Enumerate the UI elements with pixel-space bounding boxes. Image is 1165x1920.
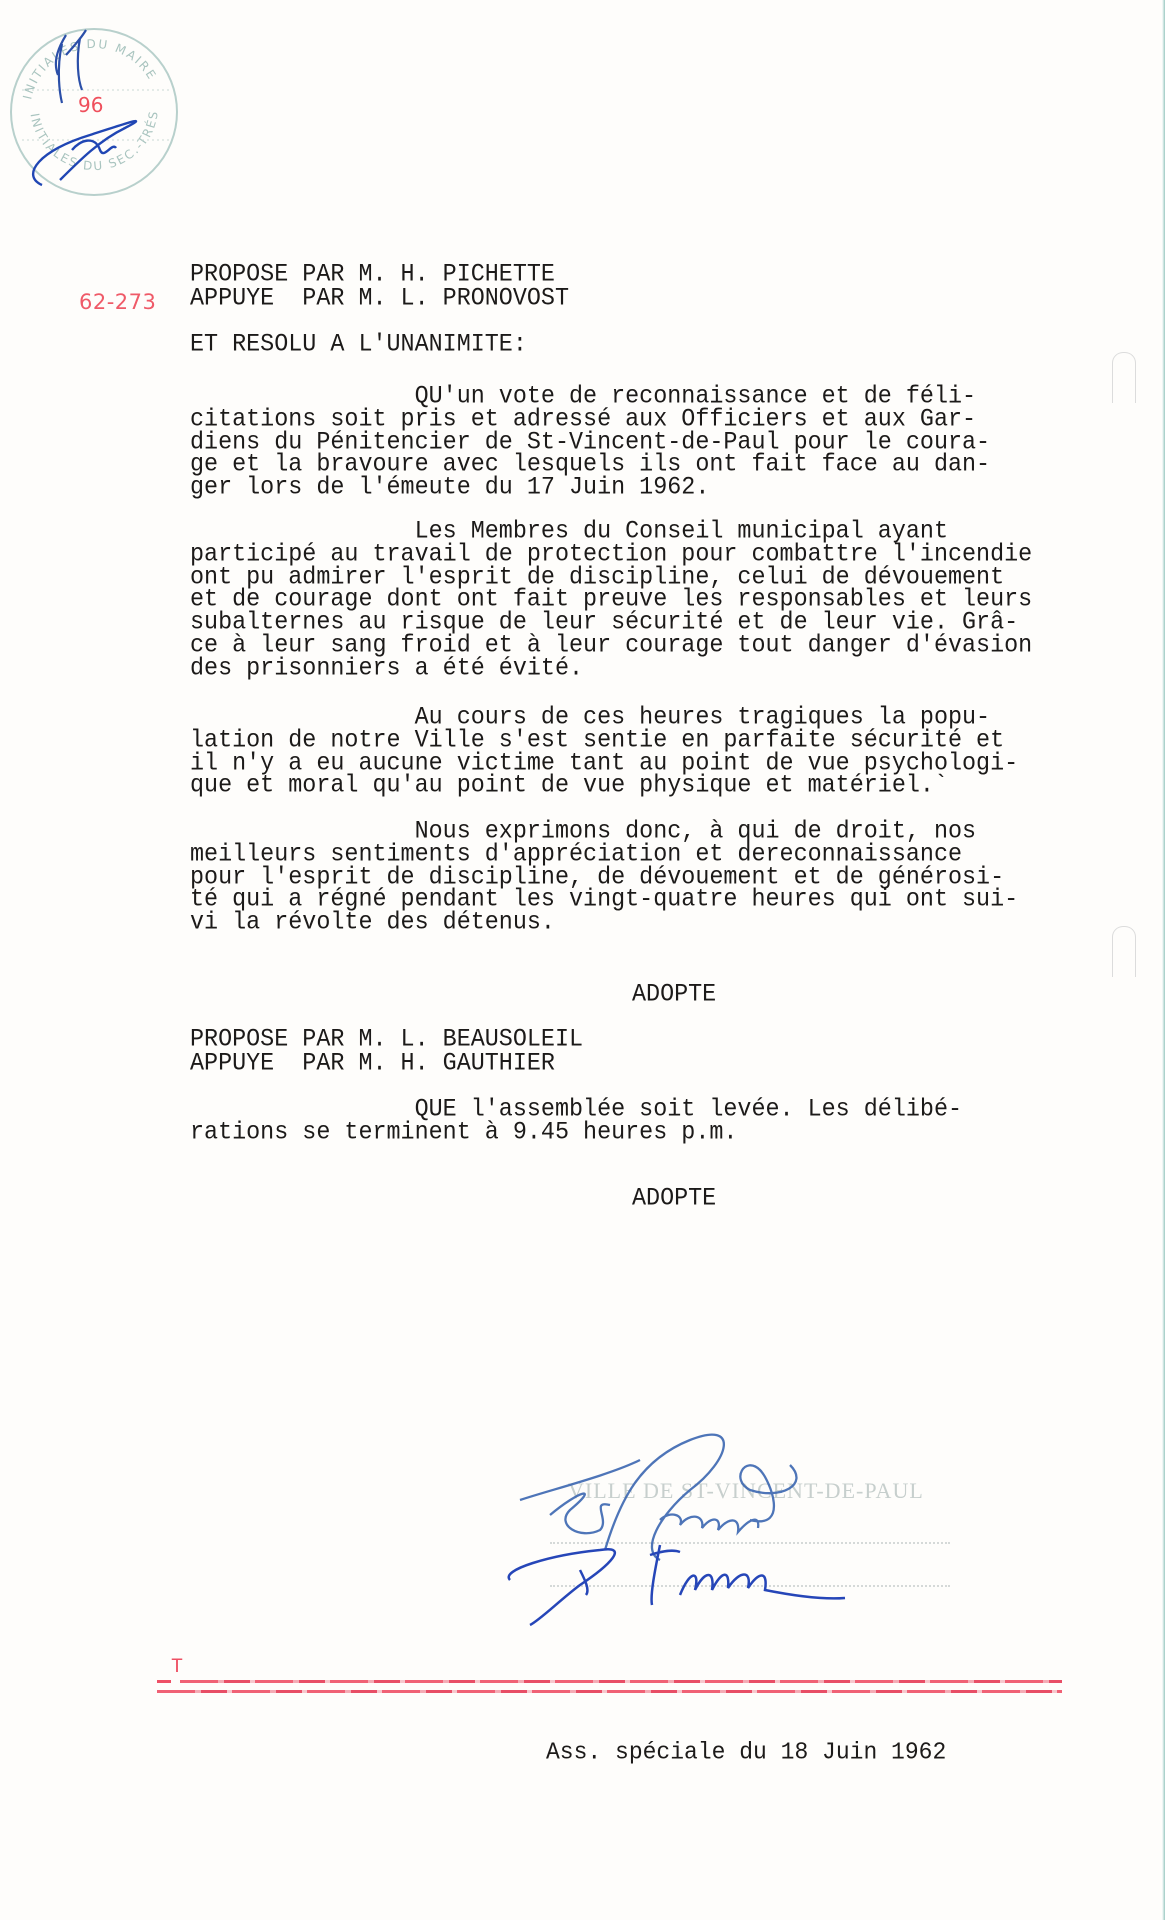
paragraph-line: des prisonniers a été évité. (190, 658, 583, 682)
adopted-label: ADOPTE (632, 1188, 716, 1212)
signature-block: VILLE DE ST-VINCENT-DE-PAUL (490, 1420, 970, 1640)
seconded-by: APPUYE PAR M. L. PRONOVOST (190, 288, 569, 312)
meeting-date: Ass. spéciale du 18 Juin 1962 (546, 1741, 946, 1765)
svg-text:INITIALES DU MAIRE: INITIALES DU MAIRE (20, 37, 159, 101)
resolution-number: 62-273 (79, 290, 156, 314)
proposed-by: PROPOSE PAR M. L. BEAUSOLEIL (190, 1029, 583, 1053)
resolved-unanimously: ET RESOLU A L'UNANIMITE: (190, 334, 527, 358)
stamp-number: 96 (78, 93, 103, 117)
margin-marker: T (171, 1656, 183, 1679)
paragraph-line: ger lors de l'émeute du 17 Juin 1962. (190, 477, 709, 501)
paragraph-line: que et moral qu'au point de vue physique… (190, 775, 948, 799)
adopted-label: ADOPTE (632, 984, 716, 1008)
proposed-by: PROPOSE PAR M. H. PICHETTE (190, 264, 555, 288)
margin-mark (1112, 352, 1136, 403)
seconded-by: APPUYE PAR M. H. GAUTHIER (190, 1053, 555, 1077)
red-rule-top (180, 1680, 1062, 1683)
paragraph-line: vi la révolte des détenus. (190, 912, 555, 936)
closing-line-2: rations se terminent à 9.45 heures p.m. (190, 1122, 737, 1146)
margin-mark (1112, 926, 1136, 977)
signatures-icon (490, 1420, 970, 1640)
red-rule-bottom (157, 1690, 1062, 1693)
red-dash (157, 1680, 171, 1683)
